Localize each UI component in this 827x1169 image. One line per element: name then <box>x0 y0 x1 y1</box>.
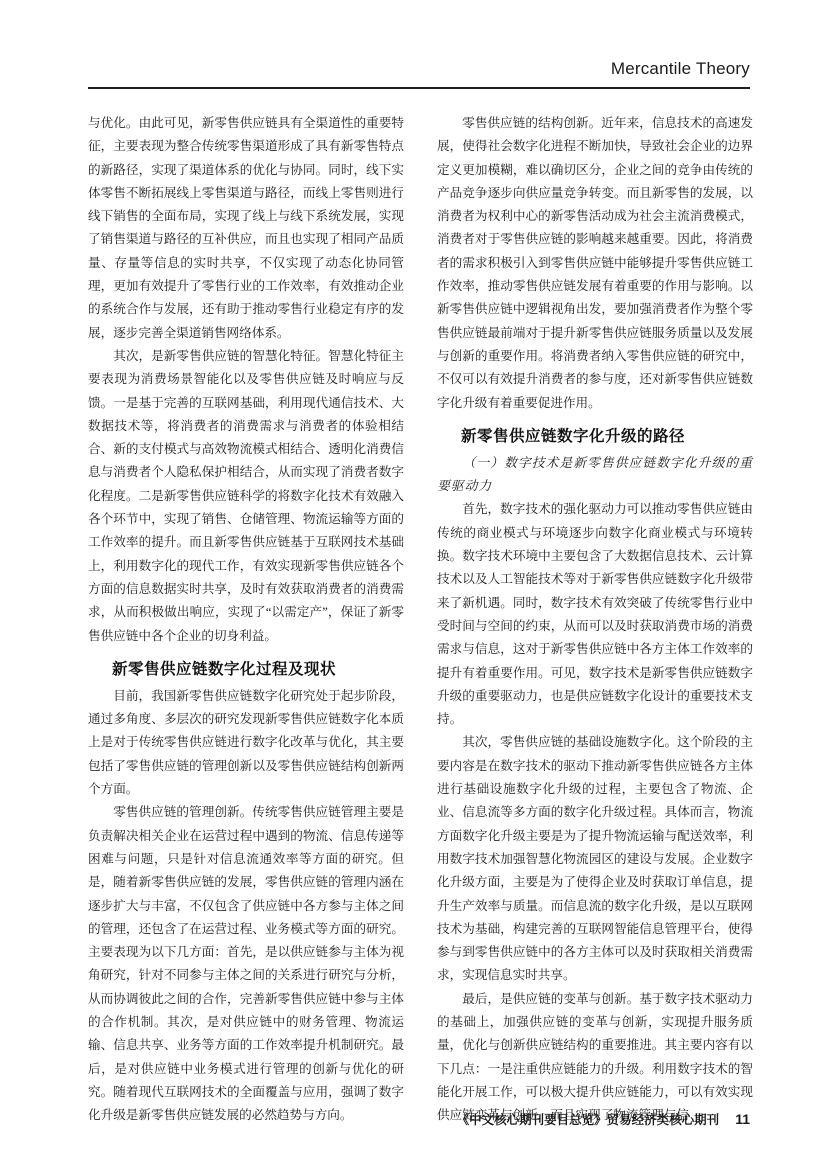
paragraph-digital-tech-driver: 首先，数字技术的强化驱动力可以推动零售供应链由传统的商业模式与环境逐步向数字化商… <box>437 498 753 731</box>
footer-page-number: 11 <box>735 1111 750 1127</box>
subsection-heading-digital-driver: （一）数字技术是新零售供应链数字化升级的重要驱动力 <box>437 452 753 499</box>
page-footer: 《中文核心期刊要目总览》贸易经济类核心期刊11 <box>88 1110 750 1128</box>
header-rule <box>88 87 750 89</box>
section-heading-digitalization-status: 新零售供应链数字化过程及现状 <box>88 657 404 682</box>
paragraph-structure-innovation: 零售供应链的结构创新。近年来，信息技术的高速发展，使得社会数字化进程不断加快，导… <box>437 112 753 415</box>
paragraph-supply-chain-transformation: 最后，是供应链的变革与创新。基于数字技术驱动力的基础上，加强供应链的变革与创新，… <box>437 988 753 1128</box>
right-column: 零售供应链的结构创新。近年来，信息技术的高速发展，使得社会数字化进程不断加快，导… <box>437 112 753 1127</box>
paragraph-omni-channel-continuation: 与优化。由此可见，新零售供应链具有全渠道性的重要特征，主要表现为整合传统零售渠道… <box>88 112 404 345</box>
paragraph-smart-feature: 其次，是新零售供应链的智慧化特征。智慧化特征主要表现为消费场景智能化以及零售供应… <box>88 345 404 648</box>
paragraph-management-innovation: 零售供应链的管理创新。传统零售供应链管理主要是负责解决相关企业在运营过程中遇到的… <box>88 801 404 1127</box>
article-body: 与优化。由此可见，新零售供应链具有全渠道性的重要特征，主要表现为整合传统零售渠道… <box>88 112 753 1127</box>
page-header: Mercantile Theory <box>88 0 750 89</box>
journal-title: Mercantile Theory <box>88 0 750 80</box>
section-heading-upgrade-path: 新零售供应链数字化升级的路径 <box>437 424 753 449</box>
footer-journal-note: 《中文核心期刊要目总览》贸易经济类核心期刊 <box>457 1113 720 1127</box>
left-column: 与优化。由此可见，新零售供应链具有全渠道性的重要特征，主要表现为整合传统零售渠道… <box>88 112 404 1127</box>
journal-page: Mercantile Theory 与优化。由此可见，新零售供应链具有全渠道性的… <box>0 0 827 1169</box>
paragraph-research-status: 目前，我国新零售供应链数字化研究处于起步阶段，通过多角度、多层次的研究发现新零售… <box>88 685 404 801</box>
paragraph-infrastructure-digitalization: 其次，零售供应链的基础设施数字化。这个阶段的主要内容是在数字技术的驱动下推动新零… <box>437 731 753 987</box>
